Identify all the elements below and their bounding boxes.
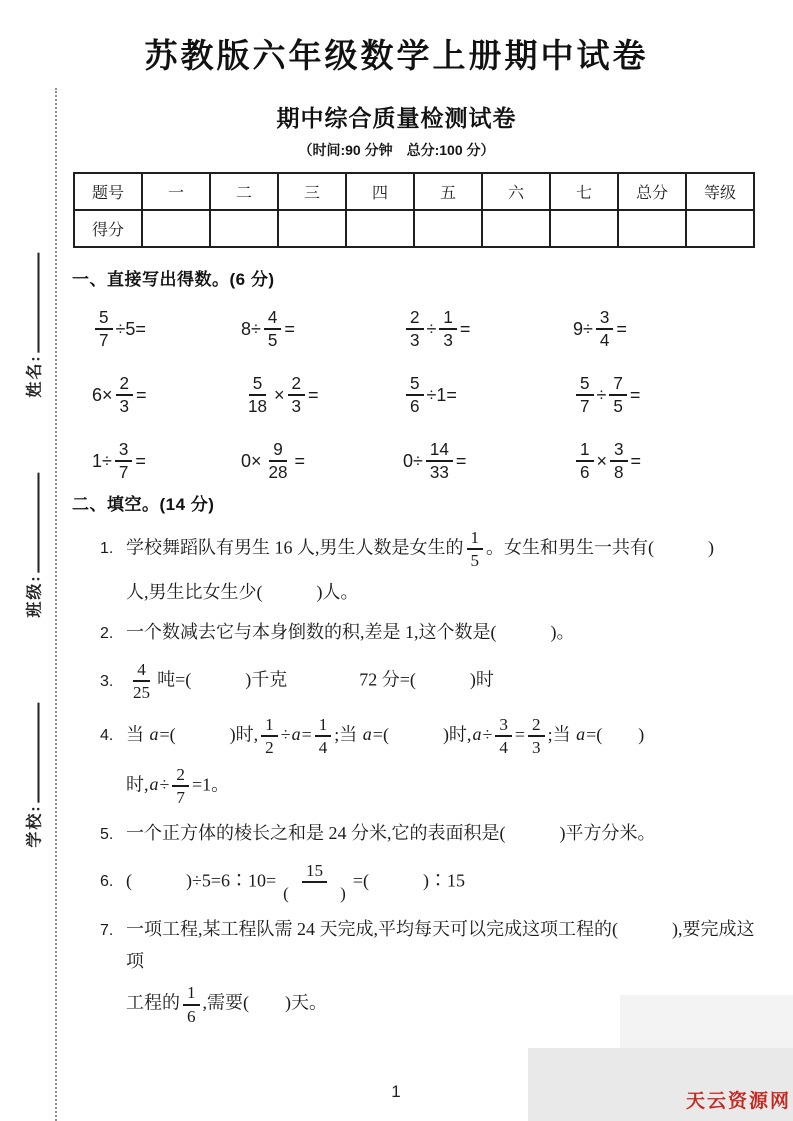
math-variable: a — [149, 774, 160, 794]
fraction: 15( ) — [279, 861, 350, 903]
math-problem: 16×38= — [573, 438, 772, 484]
score-table-corner-cell: 题号 — [74, 173, 142, 210]
question-line-first: 4.当 a=( )时,12÷a=14;当 a=( )时,a÷34=23;当 a=… — [100, 714, 772, 758]
score-table-header-cell: 二 — [210, 173, 278, 210]
school-field-label: 学校: — [22, 702, 45, 847]
page-number: 1 — [378, 1082, 414, 1102]
fraction: 57 — [95, 308, 113, 350]
score-table-header-cell: 总分 — [618, 173, 686, 210]
margin-dotted-divider — [55, 88, 57, 1121]
math-problem: 23÷13= — [403, 306, 573, 352]
fraction: 23 — [406, 308, 424, 350]
question-number: 2. — [100, 619, 126, 649]
question-block: 6.( )÷5=6∶10=15( )=( )∶15 — [100, 860, 772, 904]
question-line-first: 5.一个正方体的棱长之和是 24 分米,它的表面积是( )平方分米。 — [100, 818, 772, 850]
class-blank-line — [24, 472, 40, 572]
math-problem: 56÷1= — [403, 372, 573, 418]
math-variable: a — [149, 724, 160, 744]
arithmetic-problems-grid: 57÷5=8÷45=23÷13=9÷34=6×23=518×23=56÷1=57… — [72, 306, 772, 484]
school-blank-line — [24, 702, 40, 802]
fraction: 23 — [528, 715, 545, 757]
score-empty-cell — [278, 210, 346, 247]
question-block: 2.一个数减去它与本身倒数的积,差是 1,这个数是( )。 — [100, 617, 772, 649]
math-problem: 9÷34= — [573, 306, 772, 352]
score-table-header-cell: 七 — [550, 173, 618, 210]
school-label-text: 学校: — [27, 804, 44, 847]
math-problem: 518×23= — [241, 372, 403, 418]
math-problem: 57÷5= — [92, 306, 241, 352]
paper-subtitle: 期中综合质量检测试卷 — [0, 100, 793, 133]
score-empty-cell — [618, 210, 686, 247]
math-variable: a — [291, 724, 302, 744]
score-table-header-cell: 等级 — [686, 173, 754, 210]
fraction: 56 — [406, 374, 424, 416]
section-fill-blanks: 二、填空。(14 分) 1.学校舞蹈队有男生 16 人,男生人数是女生的15。女… — [72, 490, 772, 1037]
score-empty-cell — [210, 210, 278, 247]
fraction: 37 — [115, 440, 133, 482]
question-number: 3. — [100, 667, 126, 697]
fraction: 57 — [576, 374, 594, 416]
score-row-label: 得分 — [74, 210, 142, 247]
question-block: 1.学校舞蹈队有男生 16 人,男生人数是女生的15。女生和男生一共有( )人,… — [100, 527, 772, 607]
name-field-label: 姓名: — [22, 252, 45, 397]
math-problem: 57÷75= — [573, 372, 772, 418]
score-empty-cell — [142, 210, 210, 247]
score-empty-cell — [550, 210, 618, 247]
fraction: 16 — [576, 440, 594, 482]
question-number: 4. — [100, 721, 126, 751]
question-line-continuation: 人,男生比女生少( )人。 — [100, 577, 772, 607]
fraction: 518 — [244, 374, 271, 416]
fraction: 38 — [610, 440, 628, 482]
math-variable: a — [575, 724, 586, 744]
score-empty-cell — [686, 210, 754, 247]
fraction: 23 — [116, 374, 134, 416]
question-number: 7. — [100, 916, 126, 946]
page-title: 苏教版六年级数学上册期中试卷 — [0, 30, 793, 77]
score-table-header-cell: 五 — [414, 173, 482, 210]
question-line-first: 1.学校舞蹈队有男生 16 人,男生人数是女生的15。女生和男生一共有( ) — [100, 527, 772, 571]
question-number: 5. — [100, 820, 126, 850]
math-variable: a — [362, 724, 373, 744]
question-line-first: 7.一项工程,某工程队需 24 天完成,平均每天可以完成这项工程的( ),要完成… — [100, 914, 772, 976]
score-table-score-row: 得分 — [74, 210, 754, 247]
exam-info-line: （时间:90 分钟 总分:100 分） — [0, 140, 793, 160]
score-table-header-cell: 六 — [482, 173, 550, 210]
fraction: 27 — [172, 765, 189, 807]
math-problem: 1÷37= — [92, 438, 241, 484]
score-table-header-cell: 四 — [346, 173, 414, 210]
class-label-text: 班级: — [27, 574, 44, 617]
section-1-heading: 一、直接写出得数。(6 分) — [72, 265, 772, 290]
question-number: 6. — [100, 867, 126, 897]
fraction: 75 — [609, 374, 627, 416]
fill-blank-questions: 1.学校舞蹈队有男生 16 人,男生人数是女生的15。女生和男生一共有( )人,… — [72, 527, 772, 1027]
score-table-header-cell: 一 — [142, 173, 210, 210]
fraction: 14 — [315, 715, 332, 757]
fraction: 425 — [129, 660, 154, 702]
question-line-continuation: 时,a÷27=1。 — [100, 764, 772, 808]
math-problem: 6×23= — [92, 372, 241, 418]
question-block: 7.一项工程,某工程队需 24 天完成,平均每天可以完成这项工程的( ),要完成… — [100, 914, 772, 1026]
math-problem: 0÷1433= — [403, 438, 573, 484]
score-empty-cell — [346, 210, 414, 247]
section-2-heading: 二、填空。(14 分) — [72, 490, 772, 515]
score-table-header-cell: 三 — [278, 173, 346, 210]
fraction: 34 — [596, 308, 614, 350]
name-blank-line — [24, 252, 40, 352]
watermark-text: 天云资源网 — [686, 1086, 791, 1113]
fraction: 12 — [261, 715, 278, 757]
fraction: 1433 — [426, 440, 453, 482]
fraction: 34 — [495, 715, 512, 757]
question-block: 5.一个正方体的棱长之和是 24 分米,它的表面积是( )平方分米。 — [100, 818, 772, 850]
math-problem: 0×928= — [241, 438, 403, 484]
fraction: 23 — [288, 374, 306, 416]
fraction: 928 — [265, 440, 292, 482]
fraction: 45 — [264, 308, 282, 350]
question-block: 3.425吨=( )千克 72 分=( )时 — [100, 659, 772, 703]
question-line-continuation: 工程的16,需要( )天。 — [100, 982, 772, 1026]
question-line-first: 2.一个数减去它与本身倒数的积,差是 1,这个数是( )。 — [100, 617, 772, 649]
math-problem: 8÷45= — [241, 306, 403, 352]
section-arithmetic: 一、直接写出得数。(6 分) 57÷5=8÷45=23÷13=9÷34=6×23… — [72, 265, 772, 484]
fraction: 15 — [467, 528, 484, 570]
name-label-text: 姓名: — [27, 354, 44, 397]
question-number: 1. — [100, 534, 126, 564]
score-table: 题号一二三四五六七总分等级 得分 — [73, 172, 755, 248]
class-field-label: 班级: — [22, 472, 45, 617]
score-empty-cell — [414, 210, 482, 247]
math-variable: a — [471, 724, 482, 744]
score-empty-cell — [482, 210, 550, 247]
question-line-first: 6.( )÷5=6∶10=15( )=( )∶15 — [100, 860, 772, 904]
question-line-first: 3.425吨=( )千克 72 分=( )时 — [100, 659, 772, 703]
fraction: 16 — [183, 983, 200, 1025]
fraction: 13 — [439, 308, 457, 350]
exam-page: 姓名: 班级: 学校: 苏教版六年级数学上册期中试卷 期中综合质量检测试卷 （时… — [0, 0, 793, 1121]
question-block: 4.当 a=( )时,12÷a=14;当 a=( )时,a÷34=23;当 a=… — [100, 714, 772, 809]
score-table-header-row: 题号一二三四五六七总分等级 — [74, 173, 754, 210]
